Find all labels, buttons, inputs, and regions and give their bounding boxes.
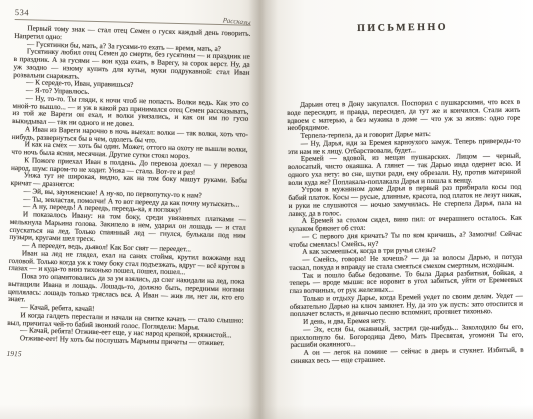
paragraph: Только и отдыху Дарье, когда Еремей уеде… — [290, 292, 523, 319]
paragraph: Дарьин отец в Дону закупался. Поспорил с… — [287, 99, 520, 133]
paragraph: Еремей — вдовой, из мещан пушкарских. Ли… — [288, 153, 521, 187]
right-page-content: ПИСЬМЕННО Дарьин отец в Дону закупался. … — [286, 21, 524, 366]
left-page-text: Первый тому знак — стал отец Семен о гус… — [7, 25, 251, 348]
page-number: 534 — [15, 7, 29, 17]
left-page-content: 534 Рассказы Первый тому знак — стал оте… — [6, 7, 250, 363]
book-spread: 534 Рассказы Первый тому знак — стал оте… — [0, 0, 533, 419]
right-page-text: Дарьин отец в Дону закупался. Поспорил с… — [287, 99, 524, 366]
paragraph: А он — легок на помине — сейчас в дверь … — [291, 347, 524, 366]
paragraph: Утром в мужнином доме Дарья в первый раз… — [288, 184, 521, 218]
running-head: Рассказы — [223, 16, 251, 26]
story-title: ПИСЬМЕННО — [286, 21, 519, 35]
